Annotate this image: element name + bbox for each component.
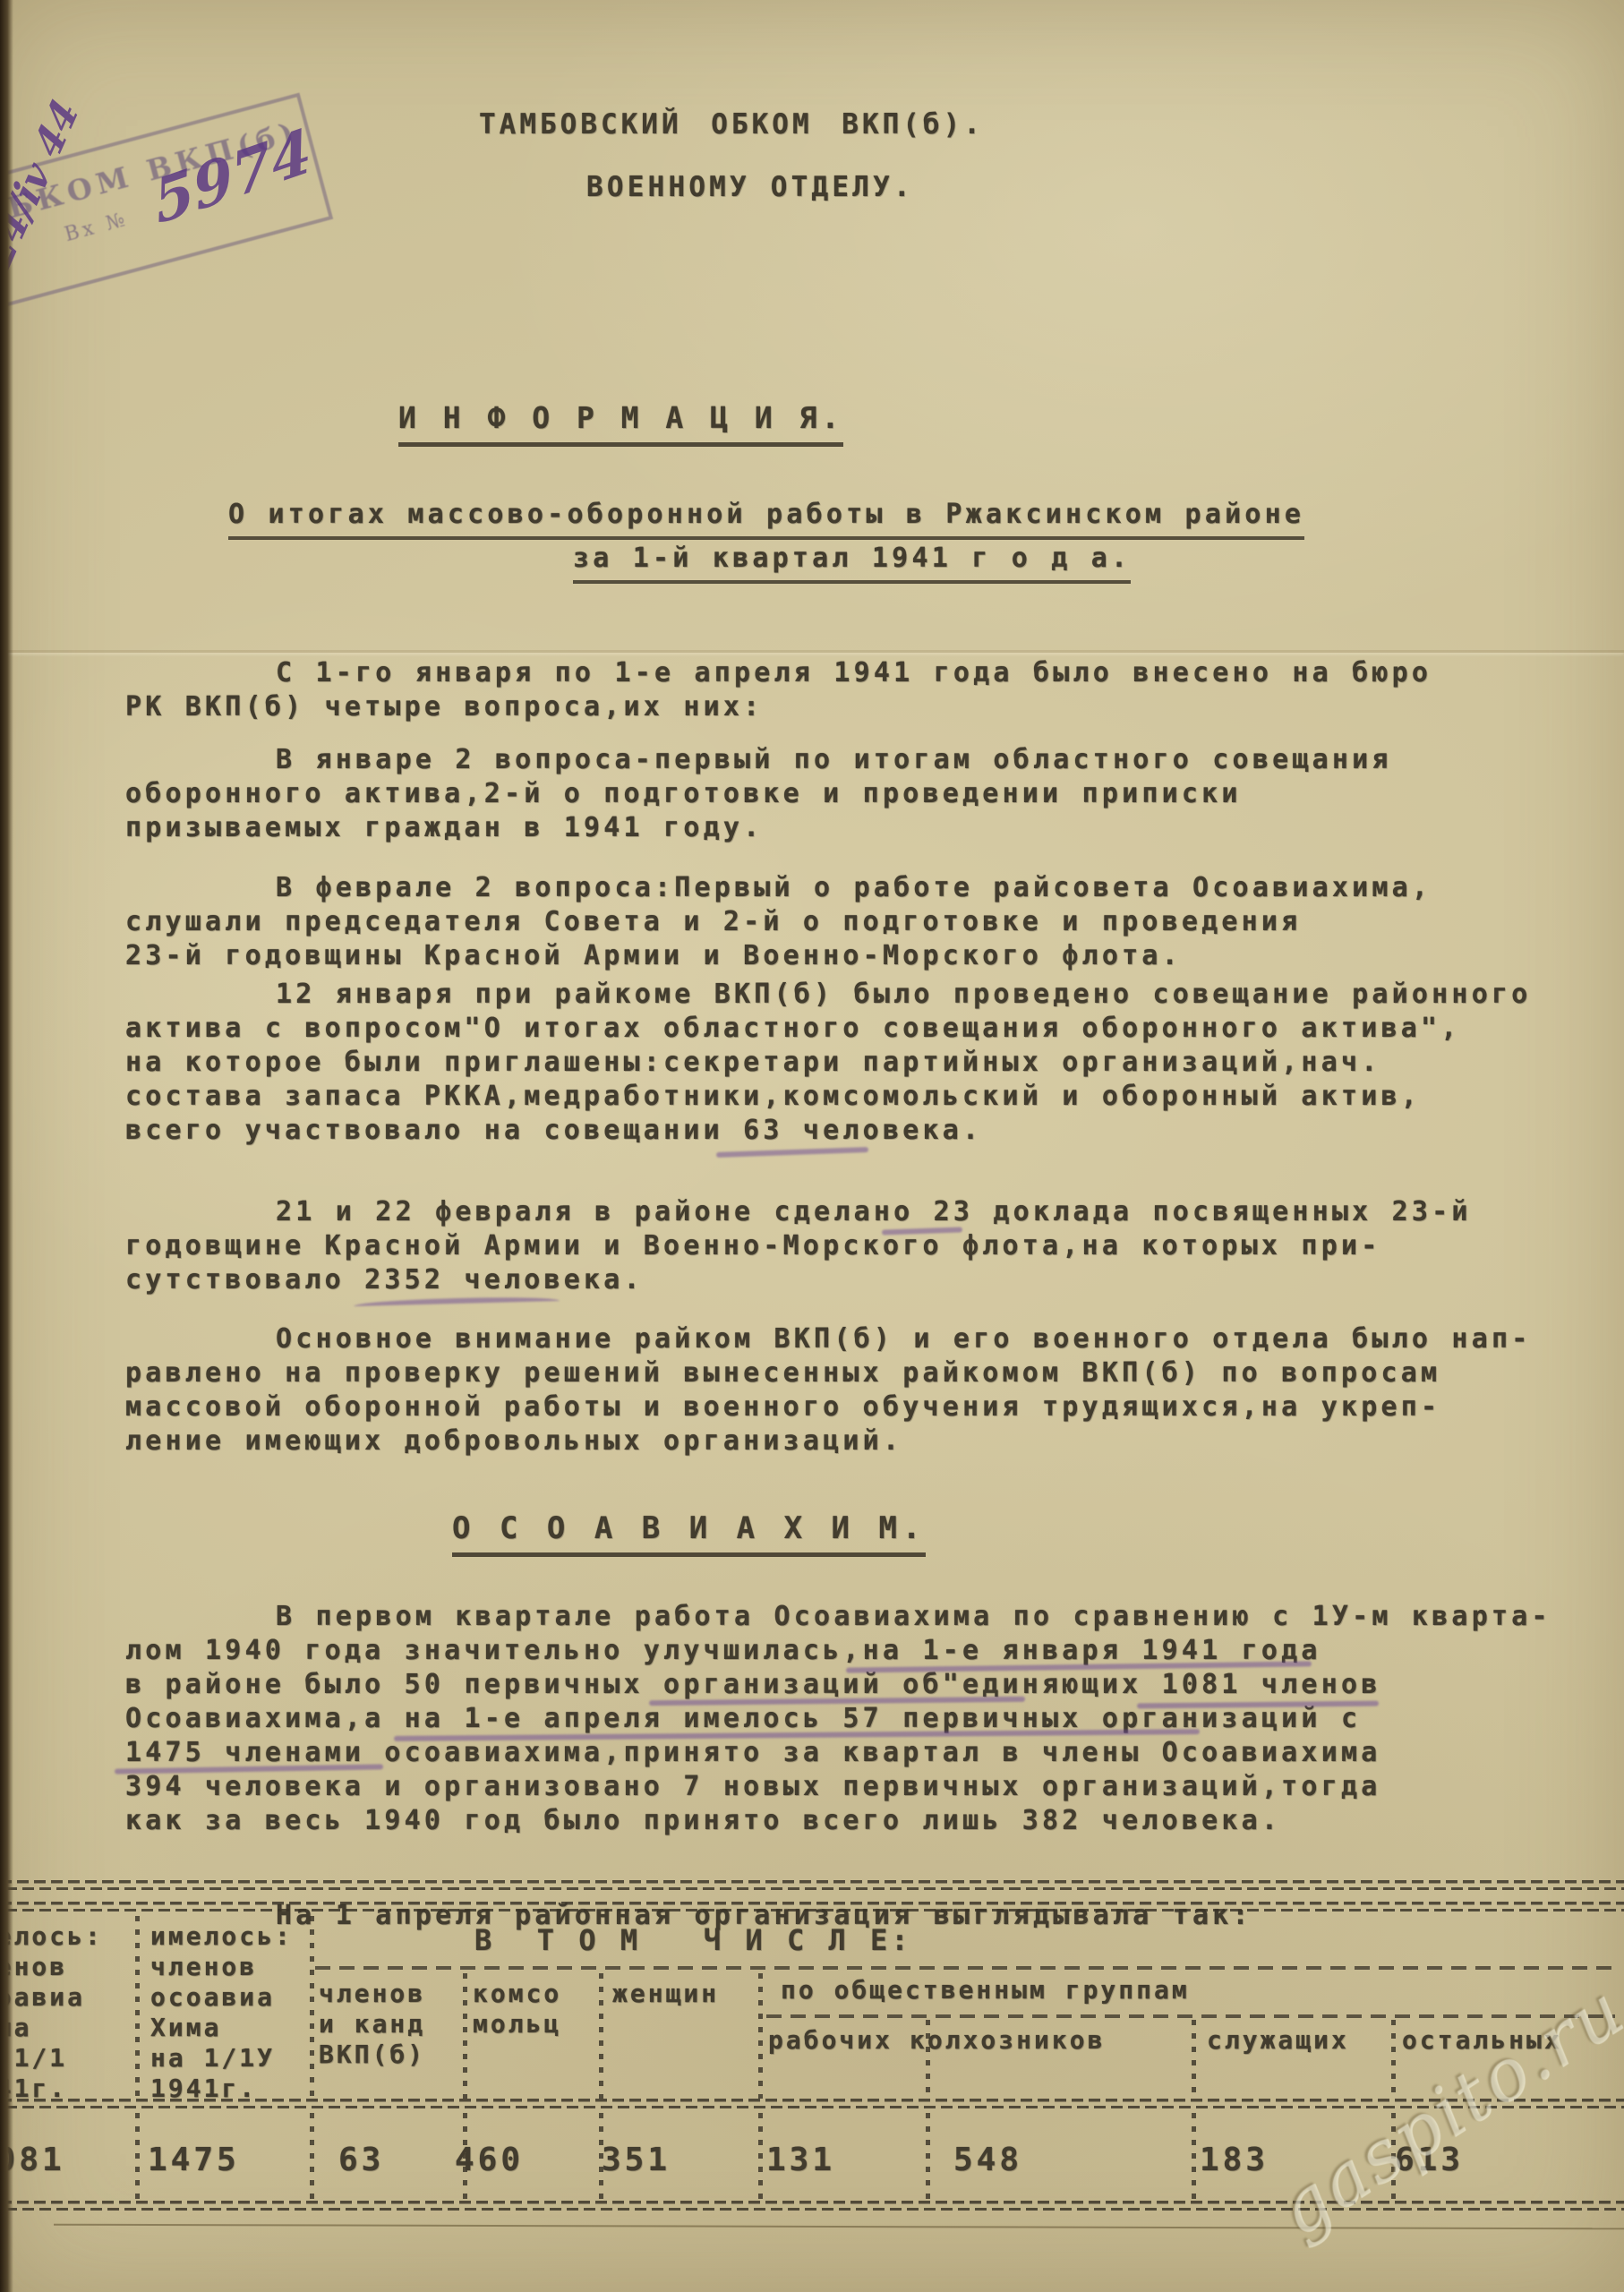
text-line: В феврале 2 вопроса:Первый о работе райс… — [125, 871, 1522, 905]
subject-line-2: за 1-й квартал 1941 г о д а. — [573, 542, 1131, 584]
text-line: членов — [0, 1952, 103, 1982]
text-line: хима — [0, 2013, 103, 2043]
table-value: 1475 — [148, 2142, 240, 2178]
text-line: состава запаса РККА,медработники,комсомо… — [125, 1080, 1522, 1114]
table-value: 63 — [338, 2142, 384, 2178]
text-line: имелось: — [0, 1921, 103, 1952]
text-line: на которое были приглашены:секретари пар… — [125, 1046, 1522, 1080]
text-line: 12 января при райкоме ВКП(б) было провед… — [125, 978, 1522, 1012]
text-line: 394 человека и организовано 7 новых перв… — [125, 1770, 1522, 1804]
paragraph-3: В феврале 2 вопроса:Первый о работе райс… — [125, 871, 1522, 973]
subject-line-1: О итогах массово-оборонной работы в Ржак… — [228, 498, 1304, 540]
text-line: Осоавиахима,а на 1-е апреля имелось 57 п… — [125, 1702, 1522, 1736]
table-header-col4: комсомольц — [473, 1979, 561, 2040]
text-line: членов — [319, 1979, 425, 2009]
table-group-header: В Т О М Ч И С Л Е: — [474, 1925, 912, 1955]
binding-edge — [0, 0, 13, 2292]
table-subrule — [315, 1966, 1615, 1970]
table-header-col5: женщин — [612, 1979, 719, 2009]
table-value: 351 — [602, 2142, 671, 2178]
table-subrule — [766, 2014, 1615, 2018]
dept-title: ВОЕННОМУ ОТДЕЛУ. — [586, 170, 914, 204]
table-value: 131 — [766, 2142, 835, 2178]
text-line: годовщине Красной Армии и Военно-Морског… — [125, 1229, 1522, 1263]
paper-edge — [54, 2224, 1624, 2230]
column-separator — [135, 1916, 140, 2099]
table-rule — [0, 1902, 1624, 1911]
section-title: О С О А В И А Х И М. — [452, 1511, 926, 1557]
table-header-col1: имелось:членовосоавиахимана 1/11941г. — [0, 1921, 103, 2104]
text-line: на 1/1 — [0, 2043, 103, 2074]
text-line: и канд — [319, 2009, 425, 2040]
paragraph-4: 12 января при райкоме ВКП(б) было провед… — [125, 978, 1522, 1148]
table-rule — [0, 1880, 1624, 1890]
text-line: В первом квартале работа Осоавиахима по … — [125, 1600, 1522, 1634]
column-separator — [599, 1973, 603, 2099]
text-line: В январе 2 вопроса-первый по итогам обла… — [125, 743, 1522, 777]
text-line: массовой оборонной работы и военного обу… — [125, 1390, 1522, 1424]
table-value: 183 — [1200, 2142, 1269, 2178]
text-line: РК ВКП(б) четыре вопроса,их них: — [125, 690, 1522, 724]
column-separator — [463, 1973, 467, 2099]
table-header-kolkhozniks: колхозников — [910, 2025, 1105, 2056]
paragraph-1: С 1-го января по 1-е апреля 1941 года бы… — [125, 656, 1522, 724]
table-social-header: по общественным группам — [781, 1975, 1190, 2005]
text-line: в районе было 50 первичных организаций о… — [125, 1668, 1522, 1702]
column-separator — [1391, 2020, 1396, 2099]
text-line: ВКП(б) — [319, 2040, 425, 2070]
text-line: призываемых граждан в 1941 году. — [125, 811, 1522, 845]
text-line: осоавиа — [0, 1982, 103, 2013]
table-value: 548 — [953, 2142, 1022, 2178]
text-line: С 1-го января по 1-е апреля 1941 года бы… — [125, 656, 1522, 690]
table-value: 460 — [455, 2142, 524, 2178]
column-separator — [1192, 2113, 1196, 2201]
text-line: слушали председателя Совета и 2-й о подг… — [125, 905, 1522, 939]
table-header-workers: рабочих — [768, 2025, 893, 2056]
text-line: 23-й годовщины Красной Армии и Военно-Мо… — [125, 939, 1522, 973]
text-line: мольц — [473, 2009, 561, 2040]
text-line: комсо — [473, 1979, 561, 2009]
paragraph-5: 21 и 22 февраля в районе сделано 23 докл… — [125, 1195, 1522, 1297]
text-line: ление имеющих добровольных организаций. — [125, 1424, 1522, 1458]
text-line: актива с вопросом"О итогах областного со… — [125, 1012, 1522, 1046]
column-separator — [926, 2113, 930, 2201]
paper-crease — [0, 650, 1624, 653]
text-line: на 1/1У — [150, 2043, 293, 2074]
table-header-col2: имелось:членовосоавиаХимана 1/1У1941г. — [150, 1921, 293, 2104]
column-separator — [758, 2113, 763, 2201]
column-separator — [1192, 2020, 1196, 2099]
text-line: равлено на проверку решений вынесенных р… — [125, 1356, 1522, 1390]
text-line: 1941г. — [150, 2074, 293, 2104]
column-separator — [310, 2113, 314, 2201]
document-page: ОБКОМ ВКП(б) Вх № 5974 24/iv 44 ТАМБОВСК… — [0, 0, 1624, 2292]
text-line: Хима — [150, 2013, 293, 2043]
text-line: всего участвовало на совещании 63 челове… — [125, 1114, 1522, 1148]
paragraph-6: Основное внимание райком ВКП(б) и его во… — [125, 1322, 1522, 1458]
table-header-employees: служащих — [1207, 2025, 1349, 2056]
column-separator — [758, 1973, 763, 2099]
paragraph-7: В первом квартале работа Осоавиахима по … — [125, 1600, 1522, 1838]
pencil-underline — [716, 1147, 868, 1158]
text-line: сутствовало 2352 человека. — [125, 1263, 1522, 1297]
column-separator — [310, 1916, 314, 2099]
text-line: осоавиа — [150, 1982, 293, 2013]
text-line: членов — [150, 1952, 293, 1982]
paragraph-2: В январе 2 вопроса-первый по итогам обла… — [125, 743, 1522, 845]
text-line: 1941г. — [0, 2074, 103, 2104]
org-title: ТАМБОВСКИЙ ОБКОМ ВКП(б). — [479, 107, 984, 141]
text-line: 21 и 22 февраля в районе сделано 23 докл… — [125, 1195, 1522, 1229]
text-line: имелось: — [150, 1921, 293, 1952]
text-line: Основное внимание райком ВКП(б) и его во… — [125, 1322, 1522, 1356]
text-line: оборонного актива,2-й о подготовке и про… — [125, 777, 1522, 811]
text-line: лом 1940 года значительно улучшилась,на … — [125, 1634, 1522, 1668]
table-header-col3: членови кандВКП(б) — [319, 1979, 425, 2070]
column-separator — [135, 2113, 140, 2201]
doc-type-title: И Н Ф О Р М А Ц И Я. — [398, 401, 843, 447]
